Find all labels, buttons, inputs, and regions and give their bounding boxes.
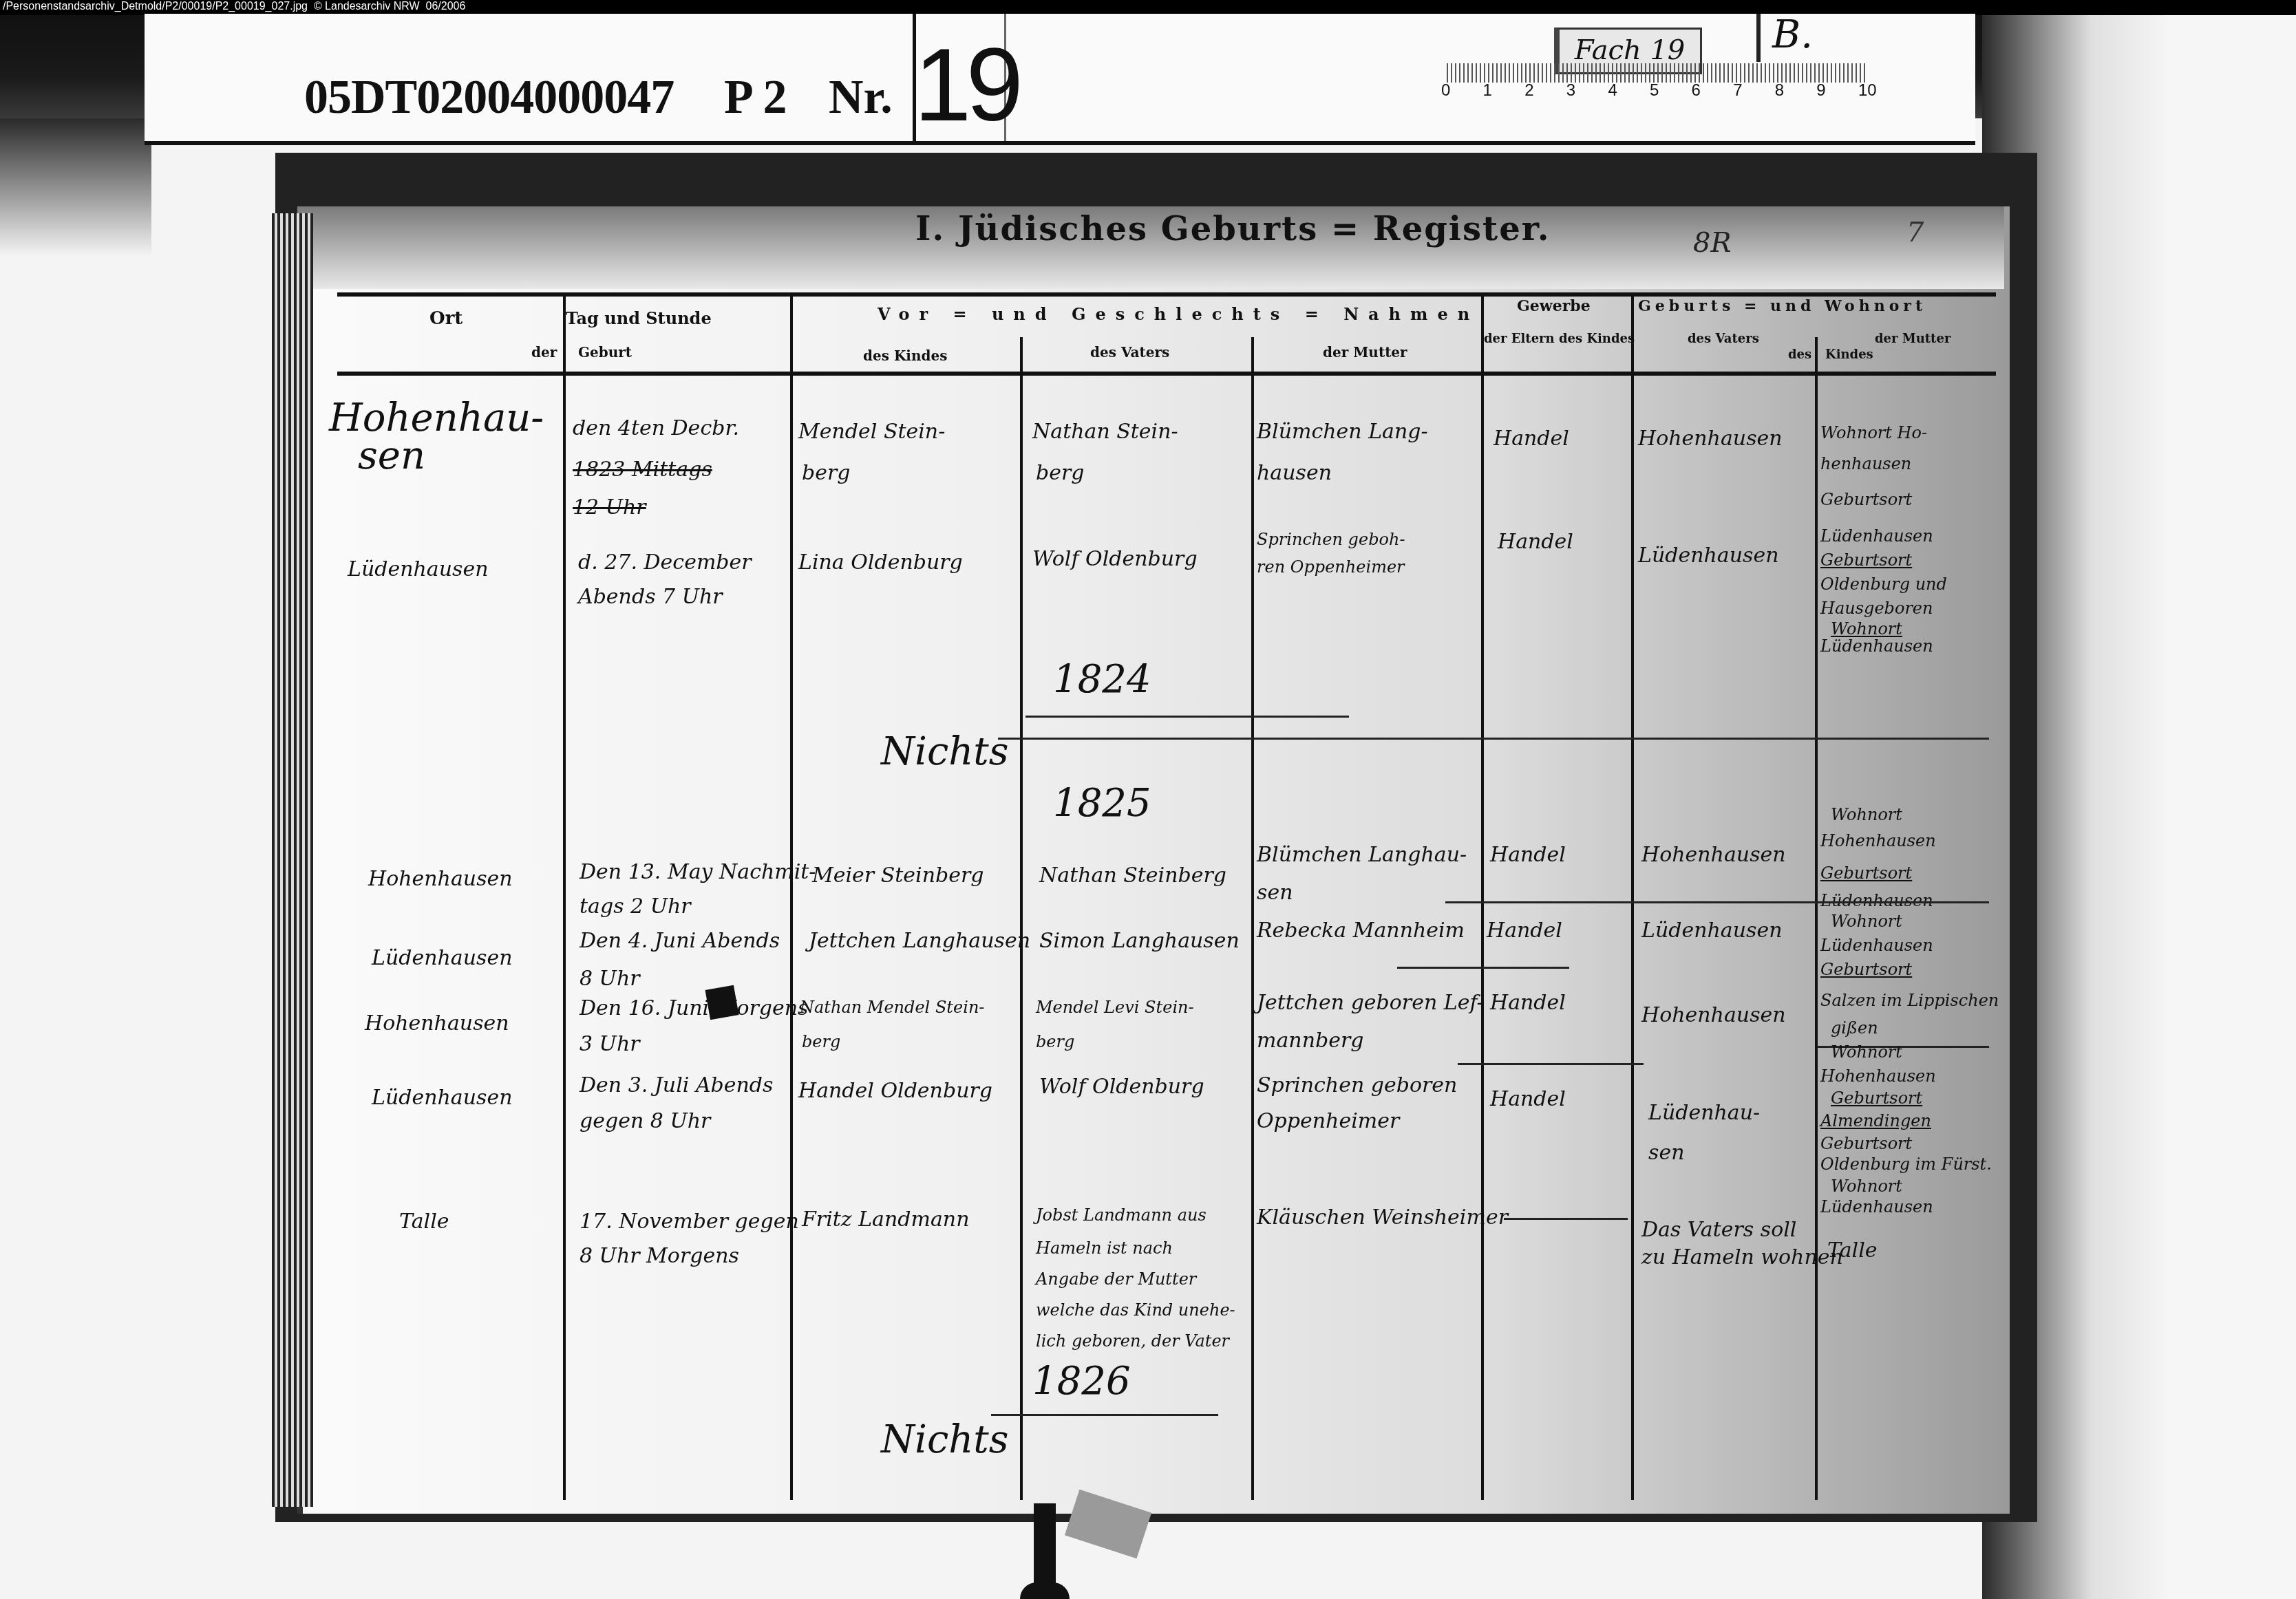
ruler-tick-label: 10 [1858, 81, 1900, 100]
archive-path-text: /Personenstandsarchiv_Detmold/P2/00019/P… [3, 0, 465, 14]
column-divider [1631, 292, 1634, 1500]
entry-vater: Mendel Levi Stein- [1036, 998, 1194, 1017]
column-header-vater: des Vaters [1090, 344, 1169, 361]
page-edges [272, 213, 313, 1507]
entry-wohnort-mutter: Hausgeboren [1820, 599, 1933, 618]
entry-mutter: Sprinchen geboh- [1257, 530, 1405, 549]
column-divider [563, 292, 566, 1500]
entry-mutter: Oppenheimer [1257, 1109, 1399, 1133]
entry-ort: Lüdenhausen [372, 946, 513, 970]
nichts-note: Nichts [881, 729, 1009, 774]
entry-datum: gegen 8 Uhr [580, 1109, 710, 1133]
entry-kind: Nathan Mendel Stein- [800, 998, 984, 1017]
entry-wohnort-mutter: henhausen [1820, 454, 1911, 473]
ruler-tick-label: 2 [1524, 81, 1566, 100]
entry-datum: den 4ten Decbr. [573, 416, 739, 440]
column-divider [1251, 337, 1254, 1500]
entry-wohnort-vater: Hohenhausen [1638, 427, 1783, 451]
entry-datum: Den 16. Juni Morgens [580, 996, 809, 1020]
entry-wohnort-mutter: Wohnort [1831, 1177, 1902, 1196]
year-marker-1826: 1826 [1032, 1359, 1131, 1404]
ruler-tick-label: 4 [1608, 81, 1650, 100]
year-marker-1824: 1824 [1053, 657, 1151, 702]
entry-datum: d. 27. December [578, 550, 752, 575]
archive-series: P 2 [724, 70, 787, 125]
column-header-wohnort-mutter: der Mutter [1875, 332, 1950, 346]
column-header-datum-sub: Geburt [578, 344, 632, 361]
entry-mutter: hausen [1257, 461, 1332, 485]
entry-mutter: Jettchen geboren Lef- [1257, 991, 1484, 1015]
entry-gewerbe: Handel [1490, 843, 1566, 867]
ruler-tick-label: 0 [1441, 81, 1483, 100]
column-header-gewerbe: Gewerbe [1517, 297, 1591, 315]
entry-kind: Jettchen Langhausen [809, 929, 1030, 953]
column-divider [1481, 292, 1484, 1500]
entry-wohnort-mutter: Wohnort [1831, 805, 1902, 824]
entry-vater: lich geboren, der Vater [1036, 1331, 1229, 1351]
entry-mutter: mannberg [1257, 1029, 1363, 1053]
entry-gewerbe: Handel [1494, 427, 1569, 451]
entry-ort: Hohenhausen [368, 867, 513, 891]
ruler-tick-label: 6 [1692, 81, 1734, 100]
entry-mutter: Blümchen Lang- [1257, 420, 1428, 444]
entry-vater: Wolf Oldenburg [1032, 547, 1198, 571]
entry-vater: Wolf Oldenburg [1039, 1075, 1204, 1099]
entry-wohnort-vater: Hohenhausen [1641, 1003, 1786, 1027]
page-number: 8R [1693, 227, 1732, 259]
entry-wohnort-mutter: Talle [1827, 1238, 1878, 1263]
table-header-rule [337, 372, 1996, 376]
entry-wohnort-mutter: Lüdenhausen [1820, 526, 1933, 546]
entry-ort: Talle [399, 1210, 449, 1234]
entry-wohnort-mutter: Oldenburg und [1820, 575, 1947, 594]
entry-vater: Jobst Landmann aus [1036, 1205, 1207, 1225]
entry-datum: 17. November gegen [580, 1210, 799, 1234]
year-separator-line [998, 738, 1989, 740]
mark-letter: B. [1772, 12, 1813, 57]
column-header-wohnort: Geburts = und Wohnort [1638, 297, 1926, 315]
entry-dash-gewerbe [1504, 1218, 1628, 1220]
entry-vater: Angabe der Mutter [1036, 1269, 1196, 1289]
archive-number: 19 [914, 33, 1018, 136]
entry-datum: Den 13. May Nachmit- [580, 860, 816, 884]
entry-wohnort-mutter: Geburtsort [1820, 960, 1912, 979]
entry-kind: berg [802, 461, 851, 485]
entry-wohnort-mutter: gißen [1831, 1018, 1878, 1038]
column-divider [1815, 337, 1818, 1500]
ruler-tick-label: 3 [1566, 81, 1608, 100]
entry-kind: Meier Steinberg [812, 863, 984, 888]
entry-gewerbe: Handel [1487, 919, 1562, 943]
entry-vater: Simon Langhausen [1039, 929, 1240, 953]
mark-divider [1756, 14, 1761, 62]
scanner-stand-foot [1020, 1582, 1070, 1599]
entry-gewerbe: Handel [1498, 530, 1573, 554]
entry-wohnort-mutter: Almendingen [1820, 1111, 1931, 1130]
entry-datum: Abends 7 Uhr [578, 585, 723, 609]
entry-datum: tags 2 Uhr [580, 894, 691, 919]
entry-mutter: Blümchen Langhau- [1257, 843, 1467, 867]
entry-wohnort-mutter: Geburtsort [1820, 550, 1912, 570]
entry-datum: 1823 Mittags [573, 458, 712, 482]
entry-vater: Nathan Steinberg [1039, 863, 1226, 888]
entry-gewerbe: Handel [1490, 1087, 1566, 1111]
column-header-wohnort-vater: des Vaters [1688, 332, 1759, 346]
year-marker-1825: 1825 [1053, 781, 1151, 826]
entry-wohnort-mutter: Lüdenhausen [1820, 636, 1933, 656]
entry-vater: berg [1036, 461, 1085, 485]
ink-blot [705, 985, 738, 1020]
entry-vater: Nathan Stein- [1032, 420, 1178, 444]
entry-datum: 3 Uhr [580, 1032, 640, 1056]
entry-kind: Fritz Landmann [802, 1208, 969, 1232]
entry-mutter: sen [1257, 881, 1293, 905]
entry-ort: Lüdenhausen [348, 557, 489, 581]
column-header-ort: Ort [429, 308, 463, 329]
column-divider [1020, 337, 1023, 1500]
entry-datum: Den 3. Juli Abends [580, 1073, 773, 1097]
year-separator-line [991, 1414, 1218, 1416]
entry-wohnort-mutter: Lüdenhausen [1820, 936, 1933, 955]
entry-mutter: Rebecka Mannheim [1257, 919, 1465, 943]
entry-vater: welche das Kind unehe- [1036, 1300, 1235, 1320]
entry-kind: Mendel Stein- [798, 420, 945, 444]
ruler-numbers: 0 1 2 3 4 5 6 7 8 9 10 [1441, 81, 1900, 100]
column-header-ort-sub: der [531, 344, 557, 361]
ruler-tick-label: 1 [1483, 81, 1525, 100]
entry-wohnort-mutter: Wohnort [1831, 1042, 1902, 1062]
entry-wohnort-mutter: Lüdenhausen [1820, 891, 1933, 910]
entry-gewerbe: Handel [1490, 991, 1566, 1015]
entry-vater: Hameln ist nach [1036, 1238, 1173, 1258]
ruler-tick-label: 8 [1775, 81, 1817, 100]
table-top-rule [337, 292, 1996, 297]
entry-wohnort-mutter: Wohnort [1831, 619, 1902, 638]
entry-mutter: ren Oppenheimer [1257, 557, 1405, 577]
scan-shadow-left [0, 118, 151, 256]
entry-wohnort-vater: zu Hameln wohnen [1641, 1245, 1843, 1269]
ruler-ticks [1447, 63, 1867, 83]
entry-wohnort-mutter: Geburtsort [1820, 1134, 1912, 1153]
archive-nr-label: Nr. [829, 70, 893, 125]
entry-kind: Handel Oldenburg [798, 1079, 992, 1103]
column-header-mutter: der Mutter [1323, 344, 1407, 361]
entry-mutter: Kläuschen Weinsheimer [1257, 1205, 1508, 1230]
archive-signature-code: 05DT02004000047 [304, 70, 674, 125]
column-header-wohnort-des: des [1788, 347, 1811, 362]
entry-ort: Hohenhausen [365, 1011, 509, 1035]
entry-ort: sen [358, 433, 425, 478]
entry-wohnort-vater: Lüdenhausen [1638, 544, 1779, 568]
register-title: I. Jüdisches Geburts = Register. [915, 210, 1550, 248]
entry-wohnort-mutter: Lüdenhausen [1820, 1197, 1933, 1216]
entry-datum: 12 Uhr [573, 495, 646, 519]
entry-separator-line [1445, 901, 1989, 903]
entry-wohnort-mutter: Geburtsort [1831, 1088, 1922, 1108]
entry-ort: Lüdenhausen [372, 1086, 513, 1110]
column-header-kind: des Kindes [863, 347, 947, 364]
entry-wohnort-mutter: Salzen im Lippischen [1820, 991, 1999, 1010]
column-header-namen: Vor = und Geschlechts = Nahmen [878, 304, 1479, 324]
ruler-tick-label: 7 [1733, 81, 1775, 100]
entry-wohnort-mutter: Wohnort Ho- [1820, 423, 1927, 442]
entry-datum: 8 Uhr [580, 967, 640, 991]
entry-wohnort-vater: Lüdenhau- [1648, 1101, 1760, 1125]
entry-datum: 8 Uhr Morgens [580, 1244, 739, 1268]
entry-wohnort-mutter: Wohnort [1831, 912, 1902, 931]
year-separator-line [1025, 716, 1349, 718]
nichts-note-1826: Nichts [881, 1417, 1009, 1462]
entry-kind: Lina Oldenburg [798, 550, 963, 575]
entry-separator-line [1397, 967, 1569, 969]
entry-separator-line [1458, 1063, 1644, 1065]
entry-wohnort-vater: Lüdenhausen [1641, 919, 1783, 943]
entry-wohnort-mutter: Geburtsort [1820, 490, 1912, 509]
ruler-tick-label: 5 [1650, 81, 1692, 100]
column-header-datum: Tag und Stunde [566, 308, 712, 328]
entry-wohnort-vater: sen [1648, 1141, 1684, 1165]
entry-wohnort-vater: Das Vaters soll [1641, 1218, 1796, 1242]
column-divider [790, 292, 793, 1500]
entry-wohnort-mutter: Hohenhausen [1820, 1066, 1936, 1086]
column-header-wohnort-kind: Kindes [1825, 347, 1873, 362]
entry-wohnort-mutter: Hohenhausen [1820, 831, 1936, 850]
entry-wohnort-mutter: Geburtsort [1820, 863, 1912, 883]
scale-ruler: 0 1 2 3 4 5 6 7 8 9 10 [1438, 63, 1879, 115]
entry-datum: Den 4. Juni Abends [580, 929, 780, 953]
entry-kind: berg [802, 1032, 840, 1051]
corner-mark: 7 [1906, 217, 1924, 248]
entry-vater: berg [1036, 1032, 1074, 1051]
archive-path-bar: /Personenstandsarchiv_Detmold/P2/00019/P… [0, 0, 2296, 15]
entry-wohnort-mutter: Oldenburg im Fürst. [1820, 1155, 1992, 1174]
entry-wohnort-vater: Hohenhausen [1641, 843, 1786, 867]
entry-mutter: Sprinchen geboren [1257, 1073, 1457, 1097]
column-header-gewerbe-sub: der Eltern des Kindes [1484, 332, 1635, 346]
ruler-tick-label: 9 [1816, 81, 1858, 100]
